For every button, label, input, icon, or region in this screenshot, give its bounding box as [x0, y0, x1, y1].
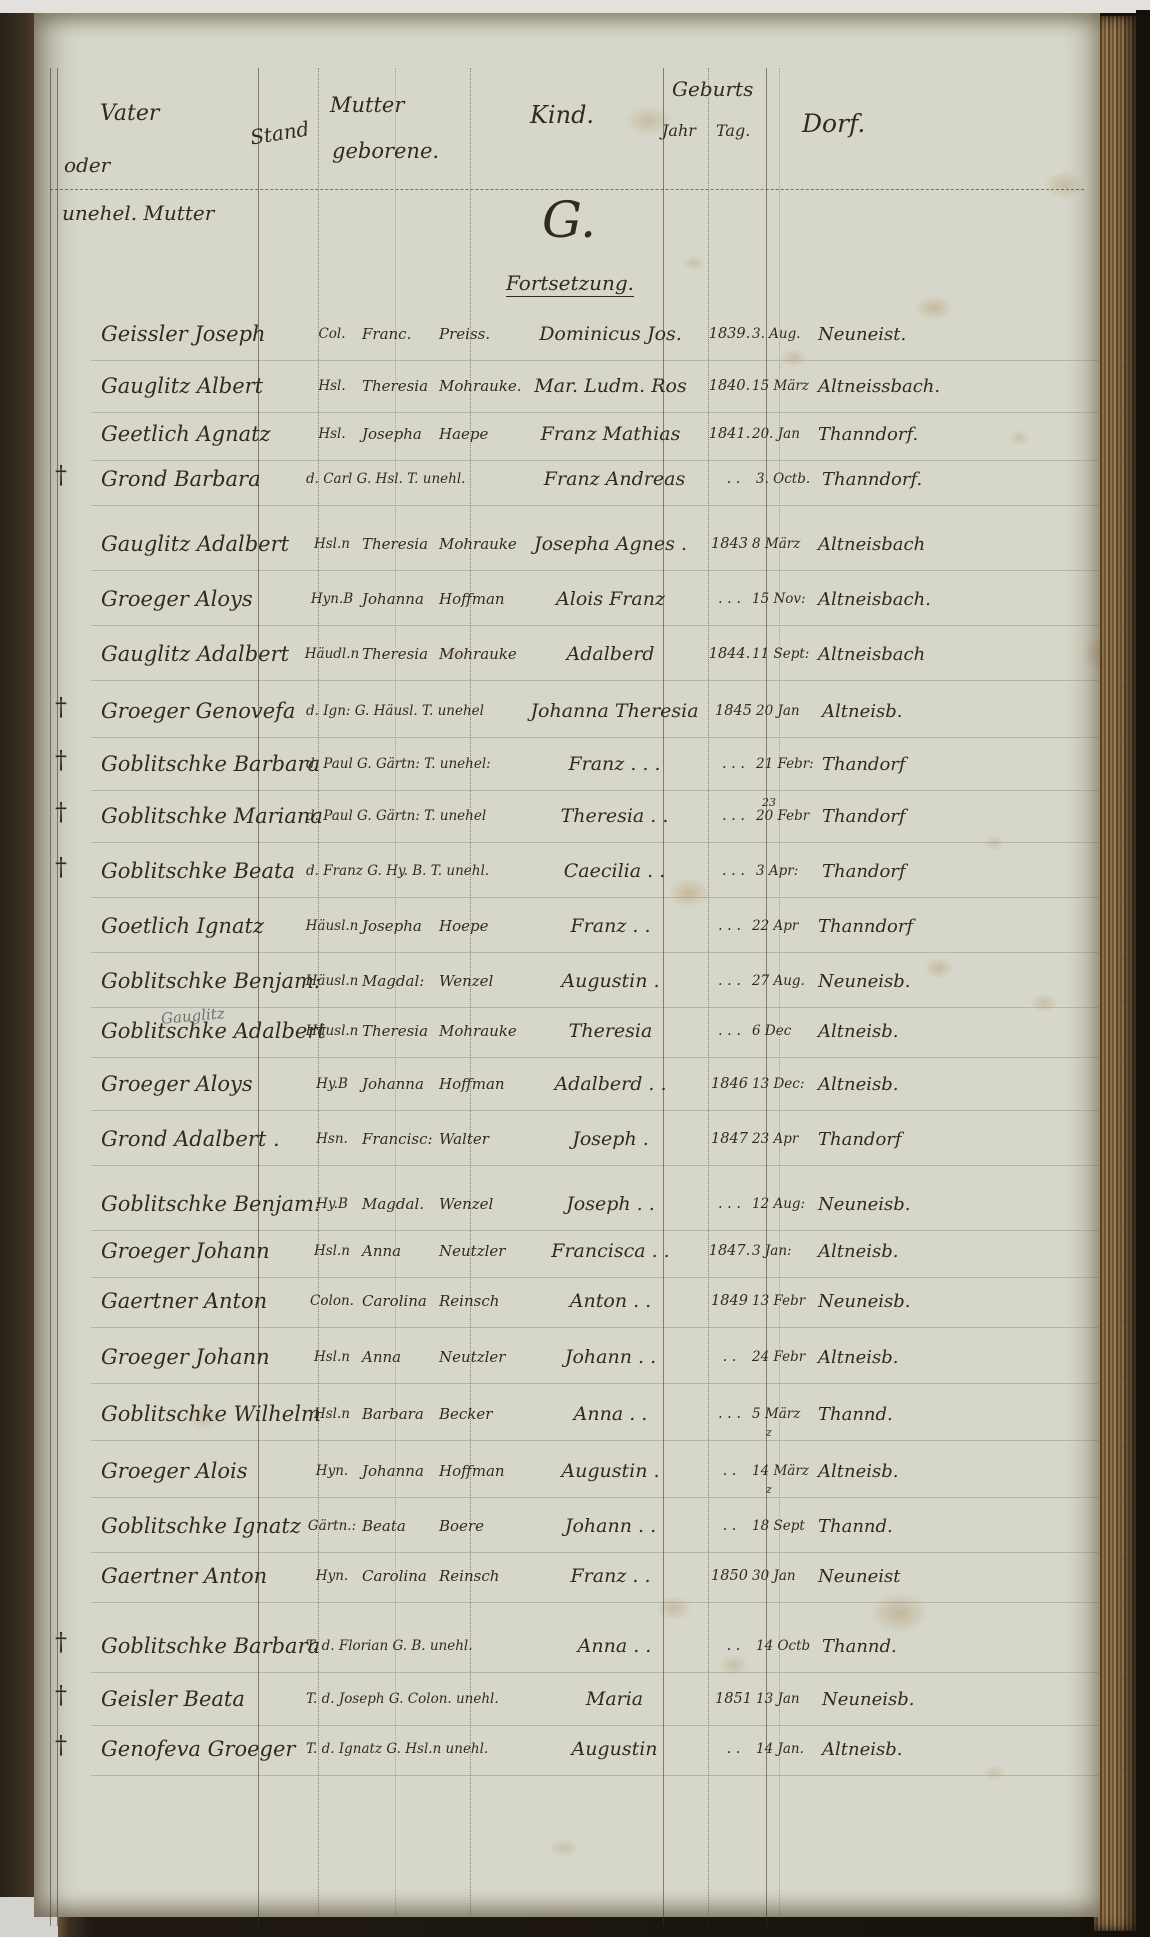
- village: Thannd.: [810, 1404, 1138, 1425]
- mother-surname: Wenzel: [439, 1195, 514, 1213]
- register-row: Goblitschke AdalbertGauglitzHäusl.nThere…: [91, 1005, 1129, 1058]
- birth-year: 1847: [707, 1131, 752, 1147]
- village: Altneissbach.: [810, 376, 1138, 397]
- mother-firstname: Johanna: [362, 1462, 439, 1480]
- margin-cross-icon: †: [55, 746, 67, 774]
- register-row: Groeger JohannHsl.nAnnaNeutzlerFrancisca…: [91, 1225, 1129, 1278]
- birth-day: 3. Aug.: [752, 326, 810, 342]
- stand: Hy.B: [302, 1076, 362, 1092]
- stand: Gärtn.:: [302, 1518, 362, 1534]
- mother-surname: Boere: [439, 1517, 514, 1535]
- stand: Hsl.: [302, 378, 362, 394]
- register-row: Groeger AloysHy.BJohannaHoffmanAdalberd …: [91, 1058, 1129, 1111]
- register-row: †Goblitschke Marianad. Paul G. Gärtn: T.…: [91, 790, 1129, 843]
- stand: Häudl.n: [302, 646, 362, 662]
- birth-day: 18 Sept: [752, 1518, 810, 1534]
- mother-surname: Haepe: [439, 425, 514, 443]
- register-row: Groeger JohannHsl.nAnnaNeutzlerJohann . …: [91, 1331, 1129, 1384]
- stand: Hsl.n: [302, 1349, 362, 1365]
- child-name: Theresia: [514, 1020, 707, 1042]
- mother-surname: Mohrauke: [439, 645, 514, 663]
- village: Altneisb.: [810, 1461, 1138, 1482]
- day-correction: z: [766, 1426, 772, 1439]
- child-name: Franz . . .: [518, 753, 711, 775]
- stand-note: d. Carl G. Hsl. T. unehl.: [302, 471, 518, 487]
- birth-year: 1840.: [707, 378, 752, 394]
- mother-surname: Becker: [439, 1405, 514, 1423]
- child-name: Johann . .: [514, 1515, 707, 1537]
- stand-note: T. d. Florian G. B. unehl.: [302, 1638, 518, 1654]
- register-row: Gaertner AntonHyn.CarolinaReinschFranz .…: [91, 1550, 1129, 1603]
- child-name: Anton . .: [514, 1290, 707, 1312]
- mother-surname: Mohrauke.: [439, 377, 514, 395]
- mother-firstname: Theresia: [362, 645, 439, 663]
- stand: Hsl.n: [302, 1243, 362, 1259]
- stand: Hy.B: [302, 1196, 362, 1212]
- stand-note: T. d. Ignatz G. Hsl.n unehl.: [302, 1741, 518, 1757]
- register-row: Gaertner AntonColon.CarolinaReinschAnton…: [91, 1275, 1129, 1328]
- birth-day: 15 März: [752, 378, 810, 394]
- village: Thanndorf.: [810, 424, 1138, 445]
- birth-year: 1845: [711, 703, 756, 719]
- father-name: Geissler Joseph: [91, 322, 302, 346]
- mother-surname: Mohrauke: [439, 1022, 514, 1040]
- child-name: Adalberd . .: [514, 1073, 707, 1095]
- child-name: Theresia . .: [518, 805, 711, 827]
- stand: Häusl.n: [302, 918, 362, 934]
- stand: Hsn.: [302, 1131, 362, 1147]
- register-rows: Geissler JosephCol.Franc.Preiss.Dominicu…: [34, 13, 1100, 1917]
- father-name: Goblitschke Beata: [91, 859, 302, 883]
- father-name: Grond Adalbert .: [91, 1127, 302, 1151]
- birth-day: 11 Sept:: [752, 646, 810, 662]
- birth-day: 13 Febr: [752, 1293, 810, 1309]
- mother-firstname: Magdal:: [362, 972, 439, 990]
- father-name: Gauglitz Adalbert: [91, 642, 302, 666]
- father-name: Goblitschke Barbara: [91, 1634, 302, 1658]
- father-name: Groeger Genovefa: [91, 699, 302, 723]
- birth-year: 1841.: [707, 426, 752, 442]
- father-name: Goblitschke Ignatz: [91, 1514, 302, 1538]
- mother-firstname: Magdal.: [362, 1195, 439, 1213]
- village: Altneisbach.: [810, 589, 1138, 610]
- village: Altneisb.: [810, 1241, 1138, 1262]
- village: Neuneisb.: [814, 1689, 1142, 1710]
- mother-firstname: Anna: [362, 1348, 439, 1366]
- village: Thandorf: [814, 754, 1142, 775]
- child-name: Franz Andreas: [518, 468, 711, 490]
- birth-year: . . .: [707, 1196, 752, 1212]
- village: Altneisb.: [810, 1021, 1138, 1042]
- register-row: Goblitschke WilhelmHsl.nBarbaraBeckerAnn…: [91, 1388, 1129, 1441]
- birth-year: . . .: [711, 756, 756, 772]
- child-name: Franz . .: [514, 915, 707, 937]
- stand: Hsl.: [302, 426, 362, 442]
- mother-firstname: Theresia: [362, 1022, 439, 1040]
- stand-note: T. d. Joseph G. Colon. unehl.: [302, 1691, 518, 1707]
- birth-year: 1844.: [707, 646, 752, 662]
- mother-surname: Neutzler: [439, 1242, 514, 1260]
- stand: Häusl.n: [302, 973, 362, 989]
- birth-day: 15 Nov:: [752, 591, 810, 607]
- birth-year: 1843: [707, 536, 752, 552]
- mother-firstname: Franc.: [362, 325, 439, 343]
- birth-day: 14 Octb: [756, 1638, 814, 1654]
- father-name: Grond Barbara: [91, 467, 302, 491]
- father-name: Genofeva Groeger: [91, 1737, 302, 1761]
- birth-year: 1847.: [707, 1243, 752, 1259]
- mother-firstname: Beata: [362, 1517, 439, 1535]
- birth-year: . .: [711, 1741, 756, 1757]
- village: Altneisbach: [810, 644, 1138, 665]
- village: Altneisb.: [810, 1347, 1138, 1368]
- birth-day: 12 Aug:: [752, 1196, 810, 1212]
- father-name: Goblitschke Barbara: [91, 752, 302, 776]
- child-name: Adalberd: [514, 643, 707, 665]
- margin-cross-icon: †: [55, 1731, 67, 1759]
- register-row: †Genofeva GroegerT. d. Ignatz G. Hsl.n u…: [91, 1723, 1129, 1776]
- child-name: Alois Franz: [514, 588, 707, 610]
- father-name: Groeger Aloys: [91, 587, 302, 611]
- mother-surname: Hoepe: [439, 917, 514, 935]
- village: Thannd.: [810, 1516, 1138, 1537]
- birth-day: 23 Apr: [752, 1131, 810, 1147]
- birth-day: 22 Apr: [752, 918, 810, 934]
- stand-note: d. Paul G. Gärtn: T. unehel: [302, 808, 518, 824]
- register-row: Goetlich IgnatzHäusl.nJosephaHoepeFranz …: [91, 900, 1129, 953]
- child-name: Josepha Agnes .: [514, 533, 707, 555]
- child-name: Joseph . .: [514, 1193, 707, 1215]
- father-name: Goblitschke Benjam:: [91, 1192, 302, 1216]
- mother-surname: Preiss.: [439, 325, 514, 343]
- register-row: †Goblitschke BarbaraT. d. Florian G. B. …: [91, 1620, 1129, 1673]
- father-name: Gaertner Anton: [91, 1564, 302, 1588]
- mother-surname: Hoffman: [439, 1075, 514, 1093]
- birth-year: 1839.: [707, 326, 752, 342]
- margin-cross-icon: †: [55, 1628, 67, 1656]
- birth-year: . . .: [707, 973, 752, 989]
- father-name: Groeger Johann: [91, 1239, 302, 1263]
- mother-firstname: Josepha: [362, 917, 439, 935]
- register-row: Groeger AloisHyn.JohannaHoffmanAugustin …: [91, 1445, 1129, 1498]
- register-row: Geissler JosephCol.Franc.Preiss.Dominicu…: [91, 308, 1129, 361]
- mother-firstname: Johanna: [362, 590, 439, 608]
- birth-year: . . .: [711, 863, 756, 879]
- register-row: Gauglitz AlbertHsl.TheresiaMohrauke.Mar.…: [91, 360, 1129, 413]
- father-name: Goblitschke Benjam:: [91, 969, 302, 993]
- register-row: Gauglitz AdalbertHäudl.nTheresiaMohrauke…: [91, 628, 1129, 681]
- mother-surname: Mohrauke: [439, 535, 514, 553]
- margin-cross-icon: †: [55, 1681, 67, 1709]
- birth-day: 3 Jan:: [752, 1243, 810, 1259]
- village: Altneisb.: [814, 1739, 1142, 1760]
- father-name: Goblitschke AdalbertGauglitz: [91, 1019, 302, 1043]
- village: Thandorf: [814, 806, 1142, 827]
- father-name: Geisler Beata: [91, 1687, 302, 1711]
- birth-year: . .: [707, 1518, 752, 1534]
- child-name: Dominicus Jos.: [514, 323, 707, 345]
- register-row: †Grond Barbarad. Carl G. Hsl. T. unehl.F…: [91, 453, 1129, 506]
- mother-surname: Hoffman: [439, 590, 514, 608]
- village: Thandorf: [814, 861, 1142, 882]
- father-name: Goetlich Ignatz: [91, 914, 302, 938]
- mother-surname: Neutzler: [439, 1348, 514, 1366]
- birth-year: . .: [707, 1349, 752, 1365]
- register-row: †Geisler BeataT. d. Joseph G. Colon. une…: [91, 1673, 1129, 1726]
- village: Thanndorf.: [814, 469, 1142, 490]
- mother-surname: Walter: [439, 1130, 514, 1148]
- register-paper: Vater oder unehel. Mutter Stand Mutter g…: [34, 13, 1100, 1917]
- register-row: Groeger AloysHyn.BJohannaHoffmanAlois Fr…: [91, 573, 1129, 626]
- birth-day: 14 Jan.: [756, 1741, 814, 1757]
- birth-day: 21 Febr:: [756, 756, 814, 772]
- birth-day: 8 März: [752, 536, 810, 552]
- stand: Colon.: [302, 1293, 362, 1309]
- birth-day: 20 Jan: [756, 703, 814, 719]
- child-name: Anna . .: [514, 1403, 707, 1425]
- birth-year: . . .: [707, 591, 752, 607]
- birth-year: . .: [711, 1638, 756, 1654]
- margin-cross-icon: †: [55, 461, 67, 489]
- child-name: Johanna Theresia: [518, 700, 711, 722]
- village: Thannd.: [814, 1636, 1142, 1657]
- register-row: Gauglitz AdalbertHsl.nTheresiaMohraukeJo…: [91, 518, 1129, 571]
- mother-firstname: Barbara: [362, 1405, 439, 1423]
- register-row: Goblitschke IgnatzGärtn.:BeataBoereJohan…: [91, 1500, 1129, 1553]
- margin-cross-icon: †: [55, 798, 67, 826]
- birth-year: . . .: [707, 1406, 752, 1422]
- birth-year: . . .: [711, 808, 756, 824]
- village: Neuneist.: [810, 324, 1138, 345]
- child-name: Joseph .: [514, 1128, 707, 1150]
- mother-surname: Hoffman: [439, 1462, 514, 1480]
- stand: Hsl.n: [302, 536, 362, 552]
- father-name: Groeger Alois: [91, 1459, 302, 1483]
- father-name: Gauglitz Albert: [91, 374, 302, 398]
- birth-day: 5 Märzz: [752, 1406, 810, 1422]
- stand-note: d. Franz G. Hy. B. T. unehl.: [302, 863, 518, 879]
- birth-year: 1851: [711, 1691, 756, 1707]
- scanner-background-top: [0, 0, 1150, 13]
- birth-year: . .: [711, 471, 756, 487]
- stand: Col.: [302, 326, 362, 342]
- day-correction: z: [766, 1483, 772, 1496]
- child-name: Augustin .: [514, 1460, 707, 1482]
- register-row: Goblitschke Benjam:Häusl.nMagdal:WenzelA…: [91, 955, 1129, 1008]
- stand: Hsl.n: [302, 1406, 362, 1422]
- child-name: Mar. Ludm. Ros: [514, 375, 707, 397]
- birth-year: . . .: [707, 1023, 752, 1039]
- child-name: Maria: [518, 1688, 711, 1710]
- birth-day: 20 Febr23: [756, 808, 814, 824]
- birth-day: 6 Dec: [752, 1023, 810, 1039]
- mother-surname: Reinsch: [439, 1567, 514, 1585]
- stand: Hyn.B: [302, 591, 362, 607]
- child-name: Caecilia . .: [518, 860, 711, 882]
- register-row: †Groeger Genovefad. Ign: G. Häusl. T. un…: [91, 685, 1129, 738]
- father-name: Groeger Johann: [91, 1345, 302, 1369]
- birth-day: 20. Jan: [752, 426, 810, 442]
- child-name: Anna . .: [518, 1635, 711, 1657]
- register-row: †Goblitschke Barbarad. Paul G. Gärtn: T.…: [91, 738, 1129, 791]
- child-name: Augustin .: [514, 970, 707, 992]
- mother-surname: Wenzel: [439, 972, 514, 990]
- village: Altneisbach: [810, 534, 1138, 555]
- father-name: Gauglitz Adalbert: [91, 532, 302, 556]
- mother-firstname: Johanna: [362, 1075, 439, 1093]
- child-name: Francisca . .: [514, 1240, 707, 1262]
- mother-firstname: Theresia: [362, 535, 439, 553]
- father-name: Gaertner Anton: [91, 1289, 302, 1313]
- birth-day: 13 Jan: [756, 1691, 814, 1707]
- margin-cross-icon: †: [55, 693, 67, 721]
- village: Neuneist: [810, 1566, 1138, 1587]
- village: Thanndorf: [810, 916, 1138, 937]
- child-name: Augustin: [518, 1738, 711, 1760]
- register-row: †Goblitschke Beatad. Franz G. Hy. B. T. …: [91, 845, 1129, 898]
- father-name: Geetlich Agnatz: [91, 422, 302, 446]
- register-page-scan: Vater oder unehel. Mutter Stand Mutter g…: [0, 0, 1150, 1937]
- stand-note: d. Paul G. Gärtn: T. unehel:: [302, 756, 518, 772]
- birth-day: 27 Aug.: [752, 973, 810, 989]
- register-row: Goblitschke Benjam:Hy.BMagdal.WenzelJose…: [91, 1178, 1129, 1231]
- father-name: Goblitschke Wilhelm: [91, 1402, 302, 1426]
- birth-day: 14 Märzz: [752, 1463, 810, 1479]
- birth-year: . . .: [707, 918, 752, 934]
- birth-year: . .: [707, 1463, 752, 1479]
- birth-year: 1850: [707, 1568, 752, 1584]
- birth-year: 1846: [707, 1076, 752, 1092]
- margin-cross-icon: †: [55, 853, 67, 881]
- stand: Hyn.: [302, 1568, 362, 1584]
- mother-surname: Reinsch: [439, 1292, 514, 1310]
- stand-note: d. Ign: G. Häusl. T. unehel: [302, 703, 518, 719]
- village: Neuneisb.: [810, 1194, 1138, 1215]
- mother-firstname: Carolina: [362, 1567, 439, 1585]
- village: Altneisb.: [814, 701, 1142, 722]
- father-name: Goblitschke Mariana: [91, 804, 302, 828]
- birth-day: 24 Febr: [752, 1349, 810, 1365]
- child-name: Franz . .: [514, 1565, 707, 1587]
- mother-firstname: Josepha: [362, 425, 439, 443]
- birth-day: 3. Octb.: [756, 471, 814, 487]
- village: Neuneisb.: [810, 971, 1138, 992]
- day-correction: 23: [762, 796, 776, 809]
- register-row: Grond Adalbert .Hsn.Francisc:WalterJosep…: [91, 1113, 1129, 1166]
- birth-day: 30 Jan: [752, 1568, 810, 1584]
- village: Neuneisb.: [810, 1291, 1138, 1312]
- mother-firstname: Anna: [362, 1242, 439, 1260]
- mother-firstname: Carolina: [362, 1292, 439, 1310]
- mother-firstname: Francisc:: [362, 1130, 439, 1148]
- village: Altneisb.: [810, 1074, 1138, 1095]
- child-name: Johann . .: [514, 1346, 707, 1368]
- stand: Hyn.: [302, 1463, 362, 1479]
- village: Thandorf: [810, 1129, 1138, 1150]
- father-name: Groeger Aloys: [91, 1072, 302, 1096]
- birth-day: 13 Dec:: [752, 1076, 810, 1092]
- pencil-annotation: Gauglitz: [160, 1004, 225, 1027]
- mother-firstname: Theresia: [362, 377, 439, 395]
- birth-year: 1849: [707, 1293, 752, 1309]
- child-name: Franz Mathias: [514, 423, 707, 445]
- birth-day: 3 Apr:: [756, 863, 814, 879]
